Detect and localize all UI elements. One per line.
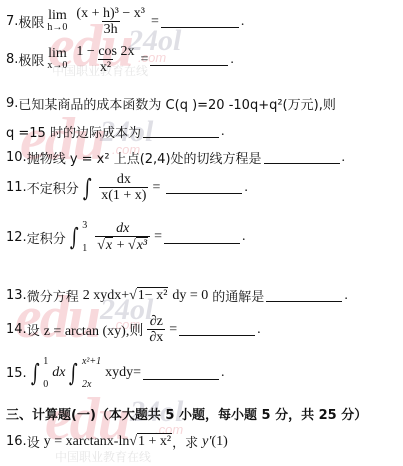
question-number: 12.	[6, 230, 27, 245]
fraction: ∂z ∂x	[147, 314, 165, 345]
question-10: 10. 抛物线 y = x² 上点(2,4)处的切线方程是 .	[6, 148, 345, 167]
question-14: 14. 设 z = arctan (xy),则 ∂z ∂x = .	[6, 314, 261, 345]
question-number: 9.	[6, 96, 18, 111]
question-label: 微分方程	[27, 286, 79, 305]
answer-blank[interactable]	[264, 151, 340, 164]
question-number: 11.	[6, 180, 27, 195]
question-text: q =15 时的边际成本为	[6, 122, 141, 141]
answer-blank[interactable]	[266, 289, 342, 302]
integral-sign: ∫	[31, 363, 40, 383]
question-label: 定积分	[27, 228, 66, 247]
answer-blank[interactable]	[150, 53, 228, 66]
question-number: 8.	[6, 52, 18, 67]
question-label: 设	[27, 432, 40, 451]
integral-sign: ∫	[83, 178, 92, 198]
question-text: 抛物线 y = x² 上点(2,4)处的切线方程是	[27, 148, 262, 167]
question-15: 15. ∫ 1 0 dx ∫ x²+1 2x xydy= .	[6, 356, 225, 390]
question-12: 12. 定积分 ∫ 3 1 dx √x + √x³ = .	[6, 220, 246, 254]
answer-blank[interactable]	[179, 323, 255, 336]
question-number: 16.	[6, 434, 27, 449]
fraction: 1 − cos 2x x²	[74, 44, 136, 75]
sqrt: √1 + x²	[129, 433, 172, 450]
question-11: 11. 不定积分 ∫ dx x(1 + x) = .	[6, 172, 248, 203]
integral-sign: ∫	[70, 227, 79, 247]
answer-blank[interactable]	[143, 367, 219, 380]
fraction: dx x(1 + x)	[99, 172, 148, 203]
question-label: 极限	[18, 12, 44, 31]
integral-limits: x²+1 2x	[82, 356, 101, 390]
section-title: 三、计算题(一)（本大题共 5 小题，每小题 5 分，共 25 分）	[6, 404, 367, 423]
question-text: 已知某商品的成本函数为 C(q )=20 -10q+q²(万元),则	[18, 94, 335, 113]
question-label: 极限	[18, 50, 44, 69]
integral-sign: ∫	[69, 363, 78, 383]
question-label: 不定积分	[27, 178, 79, 197]
limit-expression: lim x→0	[47, 48, 67, 72]
sqrt: √x	[97, 237, 113, 253]
sqrt: √x³	[128, 237, 148, 253]
question-9: 9. 已知某商品的成本函数为 C(q )=20 -10q+q²(万元),则	[6, 94, 336, 113]
question-number: 14.	[6, 322, 27, 337]
fraction: dx √x + √x³	[95, 221, 150, 253]
sqrt: √1− x²	[129, 287, 168, 304]
limit-expression: lim h→0	[47, 10, 67, 34]
question-7: 7. 极限 lim h→0 (x + h)³ − x³ 3h = .	[6, 6, 244, 37]
question-number: 10.	[6, 150, 27, 165]
fraction: (x + h)³ − x³ 3h	[74, 6, 147, 37]
integral-limits: 3 1	[82, 220, 87, 254]
question-number: 15.	[6, 366, 27, 381]
question-8: 8. 极限 lim x→0 1 − cos 2x x² = .	[6, 44, 234, 75]
answer-blank[interactable]	[164, 231, 240, 244]
answer-blank[interactable]	[161, 15, 239, 28]
answer-blank[interactable]	[166, 181, 242, 194]
question-13: 13. 微分方程 2 xydx+ √1− x² dy = 0 的通解是 .	[6, 286, 348, 305]
question-16: 16. 设 y = xarctanx-ln √1 + x² ，求 y′ (1)	[6, 432, 228, 451]
question-label: 设	[27, 320, 40, 339]
question-9-continued: q =15 时的边际成本为 .	[6, 122, 224, 141]
question-number: 13.	[6, 288, 27, 303]
question-number: 7.	[6, 14, 18, 29]
section-heading: 三、计算题(一)（本大题共 5 小题，每小题 5 分，共 25 分）	[6, 404, 367, 423]
integral-limits: 1 0	[43, 356, 48, 390]
answer-blank[interactable]	[143, 125, 219, 138]
